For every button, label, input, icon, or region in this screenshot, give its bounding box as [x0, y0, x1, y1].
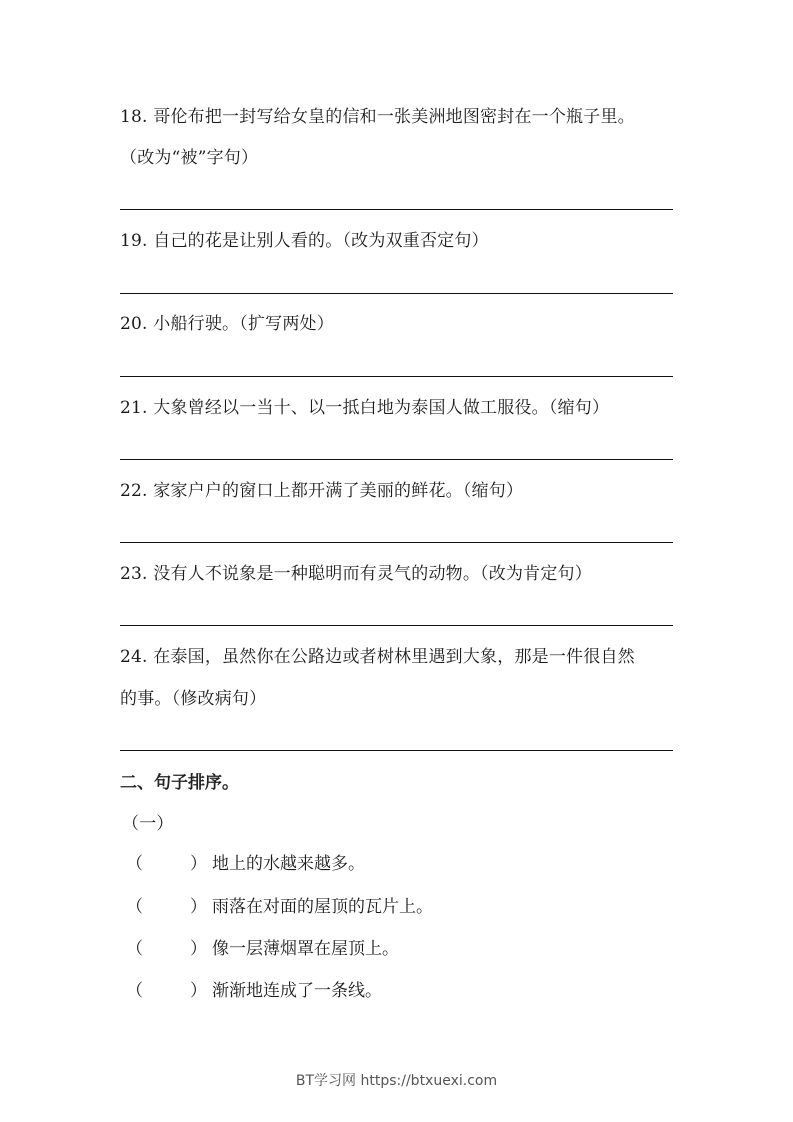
answer-line-23[interactable] [120, 625, 673, 626]
order-blank-close: ） [190, 853, 212, 875]
section-title: 二、句子排序。 [120, 772, 239, 794]
question-21-line-1: 21. 大象曾经以一当十、以一抵白地为泰国人做工服役。（缩句） [120, 397, 609, 419]
question-18-line-1: 18. 哥伦布把一封写给女皇的信和一张美洲地图密封在一个瓶子里。 [120, 106, 635, 128]
order-blank-close: ） [190, 980, 212, 1002]
question-24-line-2: 的事。（修改病句） [120, 688, 266, 710]
question-19-line-1: 19. 自己的花是让别人看的。（改为双重否定句） [120, 230, 489, 252]
question-22-line-1: 22. 家家户户的窗口上都开满了美丽的鲜花。（缩句） [120, 480, 523, 502]
order-item-text: 雨落在对面的屋顶的瓦片上。 [212, 897, 433, 917]
answer-line-19[interactable] [120, 293, 673, 294]
order-blank-open[interactable]: （ [126, 896, 190, 918]
question-18-line-2: （改为“被”字句） [120, 147, 258, 169]
order-blank-open[interactable]: （ [126, 938, 190, 960]
subsection-label: （一） [122, 813, 174, 835]
order-blank-close: ） [190, 896, 212, 918]
order-blank-open[interactable]: （ [126, 980, 190, 1002]
answer-line-22[interactable] [120, 542, 673, 543]
order-item-3: （）像一层薄烟罩在屋顶上。 [126, 938, 399, 960]
order-blank-close: ） [190, 938, 212, 960]
order-item-1: （）地上的水越来越多。 [126, 853, 365, 875]
question-20-line-1: 20. 小船行驶。（扩写两处） [120, 313, 334, 335]
question-23-line-1: 23. 没有人不说象是一种聪明而有灵气的动物。（改为肯定句） [120, 563, 592, 585]
answer-line-21[interactable] [120, 459, 673, 460]
order-item-text: 像一层薄烟罩在屋顶上。 [212, 939, 399, 959]
order-blank-open[interactable]: （ [126, 853, 190, 875]
order-item-text: 地上的水越来越多。 [212, 854, 365, 874]
question-24-line-1: 24. 在泰国，虽然你在公路边或者树林里遇到大象，那是一件很自然 [120, 646, 635, 668]
order-item-4: （）渐渐地连成了一条线。 [126, 980, 382, 1002]
answer-line-20[interactable] [120, 376, 673, 377]
answer-line-18[interactable] [120, 209, 673, 210]
order-item-text: 渐渐地连成了一条线。 [212, 981, 382, 1001]
footer-watermark: BT学习网 https://btxuexi.com [0, 1070, 793, 1090]
answer-line-24[interactable] [120, 750, 673, 751]
order-item-2: （）雨落在对面的屋顶的瓦片上。 [126, 896, 433, 918]
